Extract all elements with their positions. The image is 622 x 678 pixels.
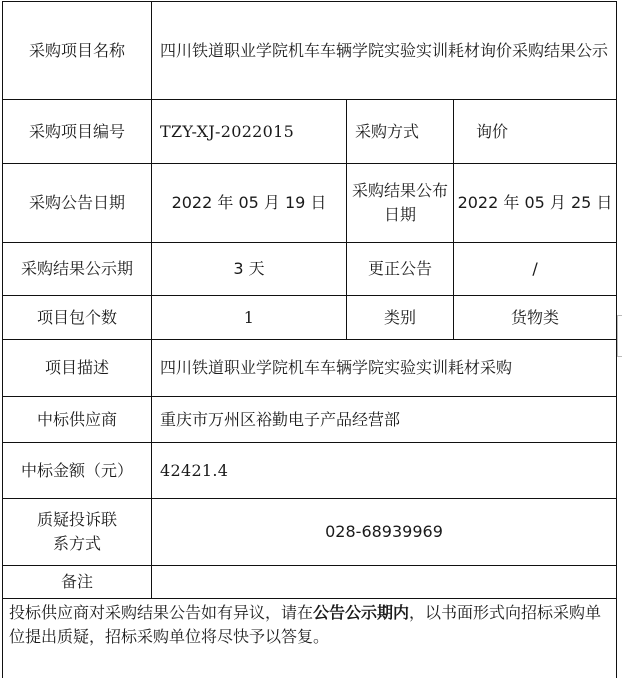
package-count-value: 1: [152, 296, 347, 340]
row-publicity: 采购结果公示期 3 天 更正公告 /: [3, 243, 617, 296]
category-label: 类别: [347, 296, 454, 340]
row-project-no: 采购项目编号 TZY-XJ-2022015 采购方式 询价: [3, 100, 617, 164]
description-label: 项目描述: [3, 340, 152, 397]
row-supplier: 中标供应商 重庆市万州区裕勤电子产品经营部: [3, 397, 617, 443]
result-date-label: 采购结果公布日期: [347, 164, 454, 243]
row-amount: 中标金额（元） 42421.4: [3, 443, 617, 499]
row-contact: 质疑投诉联系方式 028-68939969: [3, 499, 617, 566]
publicity-period-value: 3 天: [152, 243, 347, 296]
correction-label: 更正公告: [347, 243, 454, 296]
row-package: 项目包个数 1 类别 货物类: [3, 296, 617, 340]
row-remarks: 备注: [3, 566, 617, 599]
project-name-value: 四川铁道职业学院机车车辆学院实验实训耗材询价采购结果公示: [152, 2, 617, 100]
project-no-value: TZY-XJ-2022015: [152, 100, 347, 164]
announce-date-value: 2022 年 05 月 19 日: [152, 164, 347, 243]
method-value: 询价: [454, 100, 617, 164]
notice-bold: 公告公示期内: [313, 603, 409, 622]
notice-text: 投标供应商对采购结果公告如有异议，请在公告公示期内，以书面形式向招标采购单位提出…: [3, 599, 617, 678]
category-value: 货物类: [454, 296, 617, 340]
page-edge-marker: [617, 315, 622, 357]
correction-value: /: [454, 243, 617, 296]
description-value: 四川铁道职业学院机车车辆学院实验实训耗材采购: [152, 340, 617, 397]
result-date-value: 2022 年 05 月 25 日: [454, 164, 617, 243]
package-count-label: 项目包个数: [3, 296, 152, 340]
contact-label: 质疑投诉联系方式: [3, 499, 152, 566]
amount-value: 42421.4: [152, 443, 617, 499]
remarks-label: 备注: [3, 566, 152, 599]
method-label: 采购方式: [347, 100, 454, 164]
remarks-value: [152, 566, 617, 599]
procurement-result-table: 采购项目名称 四川铁道职业学院机车车辆学院实验实训耗材询价采购结果公示 采购项目…: [2, 1, 617, 678]
project-no-label: 采购项目编号: [3, 100, 152, 164]
supplier-label: 中标供应商: [3, 397, 152, 443]
project-name-label: 采购项目名称: [3, 2, 152, 100]
publicity-period-label: 采购结果公示期: [3, 243, 152, 296]
notice-part1: 投标供应商对采购结果公告如有异议，请在: [9, 603, 313, 622]
row-dates: 采购公告日期 2022 年 05 月 19 日 采购结果公布日期 2022 年 …: [3, 164, 617, 243]
announce-date-label: 采购公告日期: [3, 164, 152, 243]
row-project-name: 采购项目名称 四川铁道职业学院机车车辆学院实验实训耗材询价采购结果公示: [3, 2, 617, 100]
contact-value: 028-68939969: [152, 499, 617, 566]
row-notice: 投标供应商对采购结果公告如有异议，请在公告公示期内，以书面形式向招标采购单位提出…: [3, 599, 617, 678]
amount-label: 中标金额（元）: [3, 443, 152, 499]
supplier-value: 重庆市万州区裕勤电子产品经营部: [152, 397, 617, 443]
row-description: 项目描述 四川铁道职业学院机车车辆学院实验实训耗材采购: [3, 340, 617, 397]
